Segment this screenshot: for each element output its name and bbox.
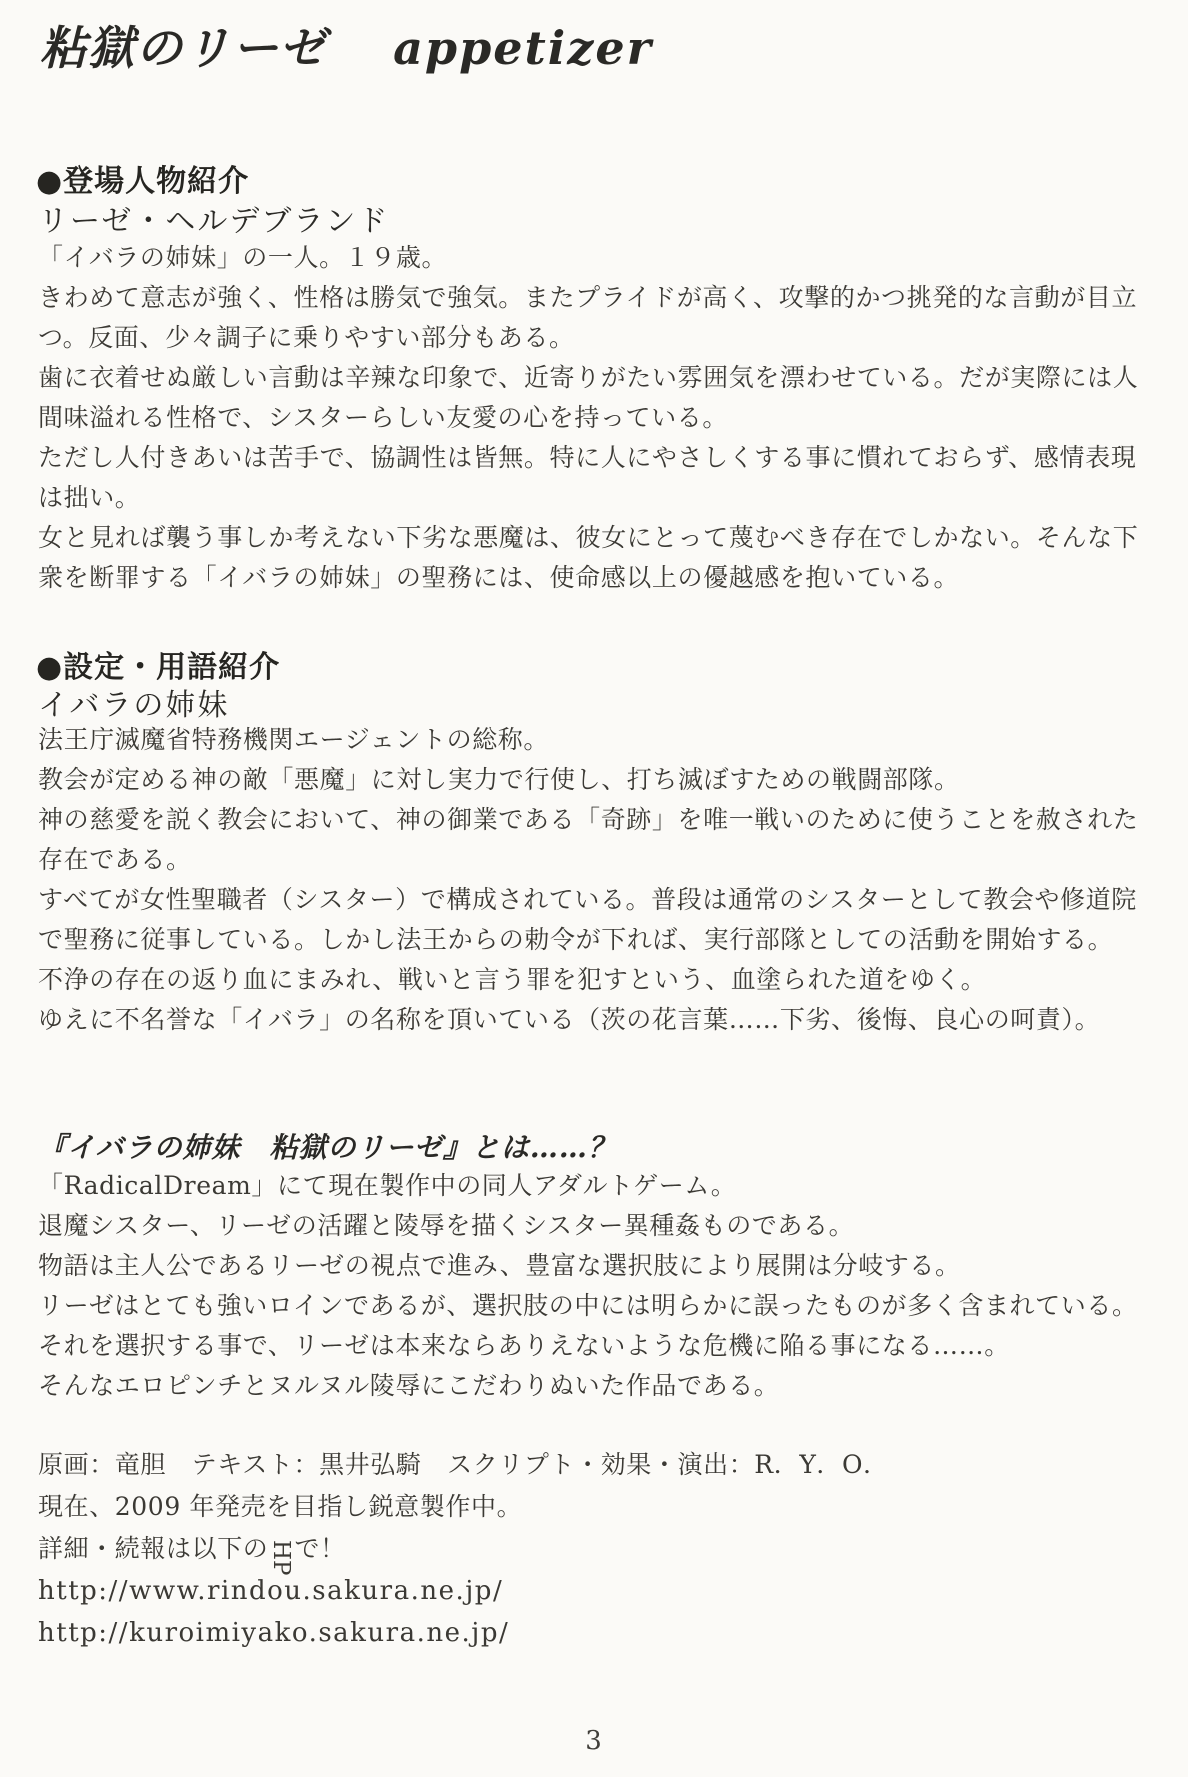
- body-line: すべてが女性聖職者（シスター）で構成されている。普段は通常のシスターとして教会や…: [38, 880, 1178, 920]
- body-line: 法王庁滅魔省特務機関エージェントの総称。: [38, 720, 1178, 760]
- body-line: で聖務に従事している。しかし法王からの勅令が下れば、実行部隊としての活動を開始す…: [38, 920, 1178, 960]
- body-line: きわめて意志が強く、性格は勝気で強気。またプライドが高く、攻撃的かつ挑発的な言動…: [38, 278, 1178, 318]
- body-line: 不浄の存在の返り血にまみれ、戦いと言う罪を犯すという、血塗られた道をゆく。: [38, 960, 1178, 1000]
- url-rindou: http://www.rindou.sakura.ne.jp/: [38, 1570, 1178, 1612]
- credits-block: 原画：竜胆 テキスト：黒井弘騎 スクリプト・効果・演出：R．Y．O． 現在、20…: [38, 1444, 1178, 1654]
- body-line: つ。反面、少々調子に乗りやすい部分もある。: [38, 318, 1178, 358]
- doc-title: 粘獄のリーゼ appetizer: [40, 12, 653, 78]
- body-line: ただし人付きあいは苦手で、協調性は皆無。特に人にやさしくする事に慣れておらず、感…: [38, 438, 1178, 478]
- character-description-block: 「イバラの姉妹」の一人。１９歳。 きわめて意志が強く、性格は勝気で強気。またプラ…: [38, 238, 1178, 598]
- hp-line-pre: 詳細・続報は以下の: [38, 1534, 268, 1563]
- body-line: 退魔シスター、リーゼの活躍と陵辱を描くシスター異種姦ものである。: [38, 1206, 1178, 1246]
- body-line: 物語は主人公であるリーゼの視点で進み、豊富な選択肢により展開は分岐する。: [38, 1246, 1178, 1286]
- staff-credit-line: 原画：竜胆 テキスト：黒井弘騎 スクリプト・効果・演出：R．Y．O．: [38, 1444, 1178, 1486]
- body-line: は拙い。: [38, 478, 1178, 518]
- body-line: 存在である。: [38, 840, 1178, 880]
- release-status-line: 現在、2009 年発売を目指し鋭意製作中。: [38, 1486, 1178, 1528]
- hp-info-line: 詳細・続報は以下のHPで！: [38, 1528, 1178, 1570]
- scanned-document-page: 粘獄のリーゼ appetizer ●登場人物紹介 リーゼ・ヘルデブランド 「イバ…: [0, 0, 1188, 1777]
- page-number: 3: [0, 1726, 1188, 1756]
- body-line: リーゼはとても強いロインであるが、選択肢の中には明らかに誤ったものが多く含まれて…: [38, 1286, 1178, 1326]
- game-section-heading: 『イバラの姉妹 粘獄のリーゼ』とは……？: [38, 1126, 617, 1166]
- body-line: 「イバラの姉妹」の一人。１９歳。: [38, 238, 1178, 278]
- url-kuroimiyako: http://kuroimiyako.sakura.ne.jp/: [38, 1612, 1178, 1654]
- body-line: それを選択する事で、リーゼは本来ならありえないような危機に陥る事になる……。: [38, 1326, 1178, 1366]
- character-name-subheading: リーゼ・ヘルデブランド: [38, 196, 389, 240]
- body-line: 歯に衣着せぬ厳しい言動は辛辣な印象で、近寄りがたい雰囲気を漂わせている。だが実際…: [38, 358, 1178, 398]
- setting-description-block: 法王庁滅魔省特務機関エージェントの総称。 教会が定める神の敵「悪魔」に対し実力で…: [38, 720, 1178, 1040]
- character-section-heading: ●登場人物紹介: [36, 156, 249, 200]
- body-line: そんなエロピンチとヌルヌル陵辱にこだわりぬいた作品である。: [38, 1366, 1178, 1406]
- body-line: 間味溢れる性格で、シスターらしい友愛の心を持っている。: [38, 398, 1178, 438]
- body-line: 「RadicalDream」にて現在製作中の同人アダルトゲーム。: [38, 1166, 1178, 1206]
- game-description-block: 「RadicalDream」にて現在製作中の同人アダルトゲーム。 退魔シスター、…: [38, 1166, 1178, 1406]
- hp-rotated-label: HP: [266, 1540, 296, 1566]
- hp-line-post: で！: [294, 1534, 345, 1563]
- body-line: 教会が定める神の敵「悪魔」に対し実力で行使し、打ち滅ぼすための戦闘部隊。: [38, 760, 1178, 800]
- body-line: 衆を断罪する「イバラの姉妹」の聖務には、使命感以上の優越感を抱いている。: [38, 558, 1178, 598]
- body-line: ゆえに不名誉な「イバラ」の名称を頂いている（茨の花言葉……下劣、後悔、良心の呵責…: [38, 1000, 1178, 1040]
- body-line: 神の慈愛を説く教会において、神の御業である「奇跡」を唯一戦いのために使うことを赦…: [38, 800, 1178, 840]
- setting-term-subheading: イバラの姉妹: [38, 680, 229, 724]
- body-line: 女と見れば襲う事しか考えない下劣な悪魔は、彼女にとって蔑むべき存在でしかない。そ…: [38, 518, 1178, 558]
